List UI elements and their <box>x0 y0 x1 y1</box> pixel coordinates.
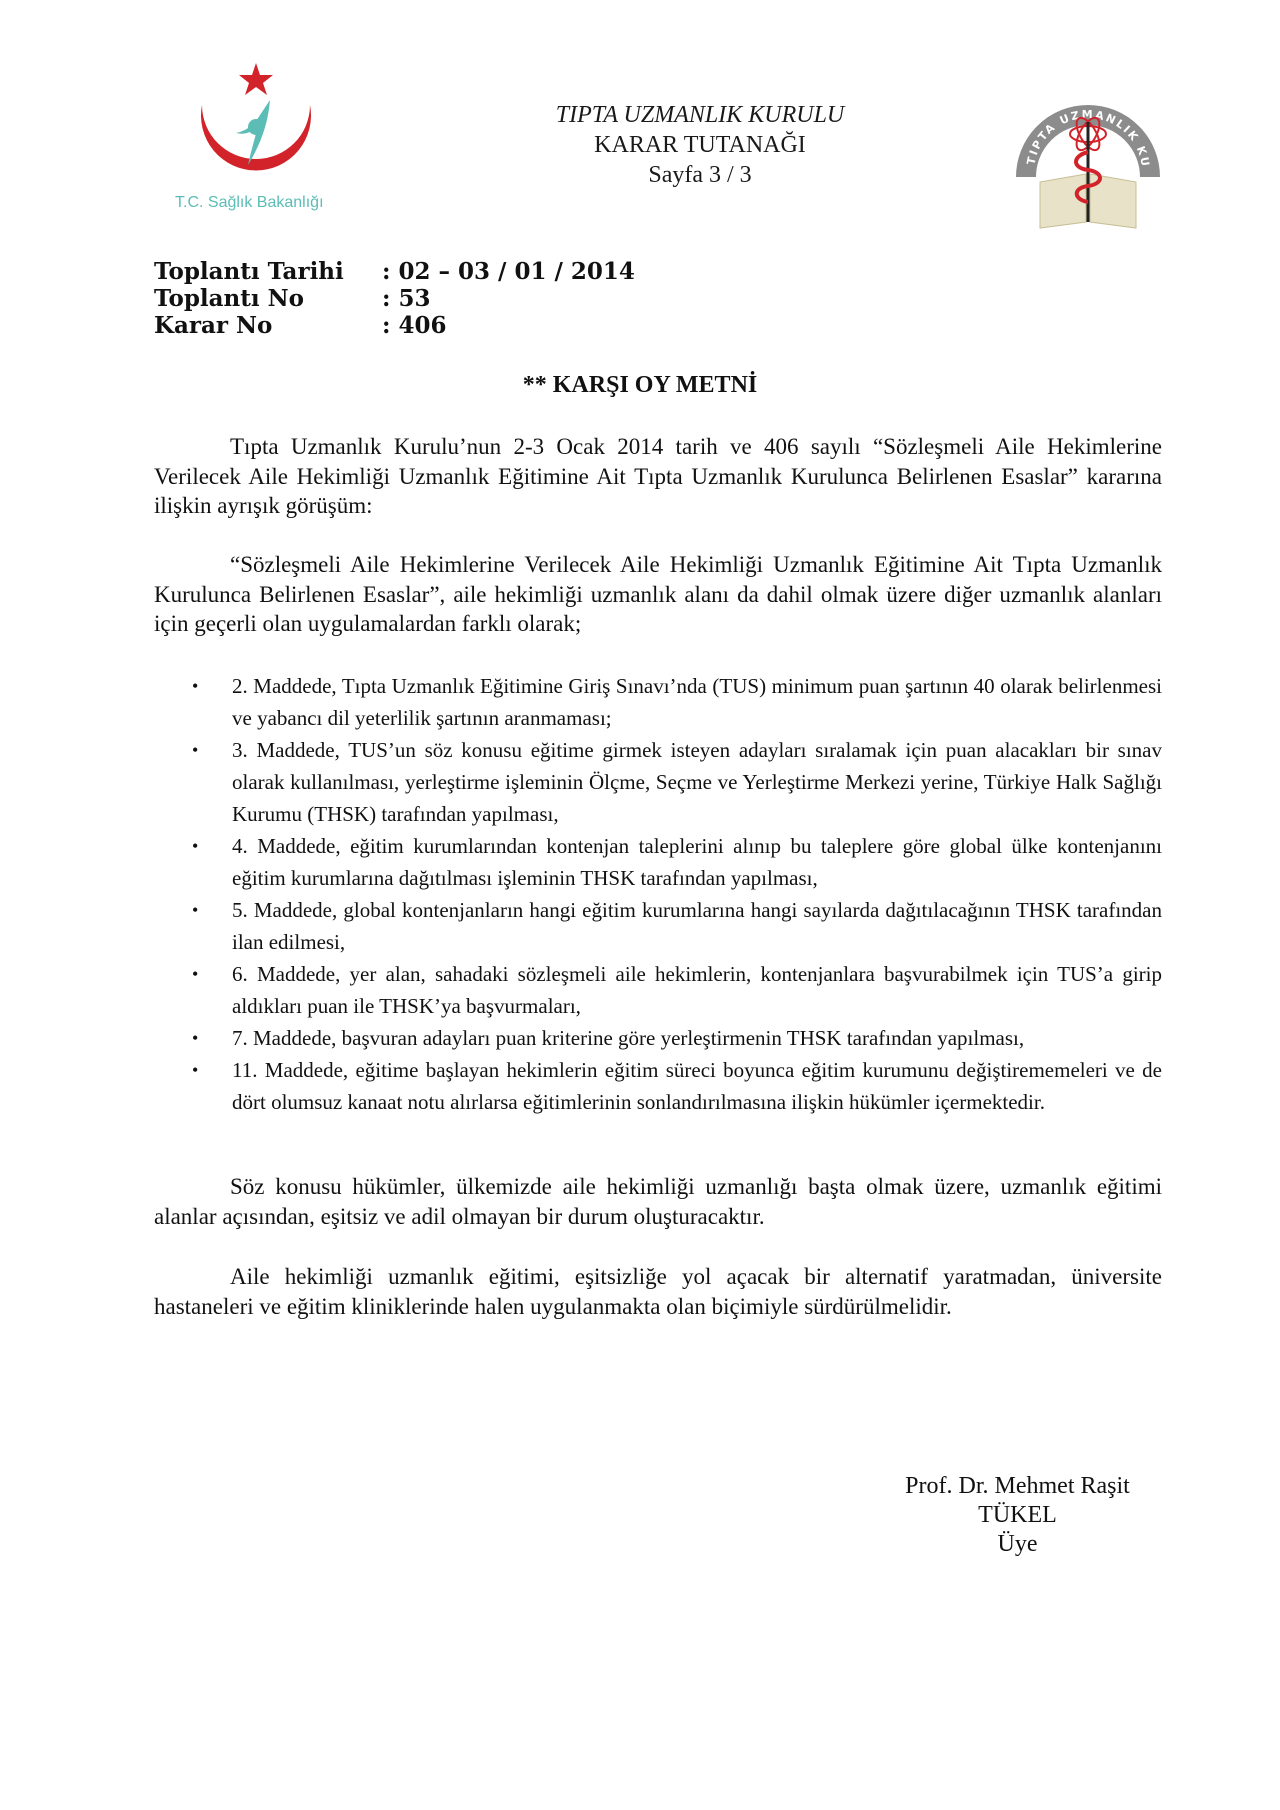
meeting-date-row: Toplantı Tarihi : 02 – 03 / 01 / 2014 <box>154 258 635 285</box>
page-indicator: Sayfa 3 / 3 <box>500 160 900 190</box>
list-item: •6. Maddede, yer alan, sahadaki sözleşme… <box>154 958 1162 1022</box>
bullet-icon: • <box>192 1054 198 1086</box>
paragraph-text: Söz konusu hükümler, ülkemizde aile heki… <box>154 1172 1162 1231</box>
recommendation-paragraph: Aile hekimliği uzmanlık eğitimi, eşitsiz… <box>154 1262 1162 1321</box>
tuk-emblem-logo: TIPTA UZMANLIK KURULU <box>1012 82 1164 232</box>
objection-list: •2. Maddede, Tıpta Uzmanlık Eğitimine Gi… <box>154 670 1162 1118</box>
intro-paragraph: Tıpta Uzmanlık Kurulu’nun 2-3 Ocak 2014 … <box>154 432 1162 521</box>
bullet-icon: • <box>192 670 198 702</box>
document-header: TIPTA UZMANLIK KURULU KARAR TUTANAĞI Say… <box>500 100 900 190</box>
paragraph-text: Tıpta Uzmanlık Kurulu’nun 2-3 Ocak 2014 … <box>154 432 1162 521</box>
bullet-icon: • <box>192 1022 198 1054</box>
meeting-date-label: Toplantı Tarihi <box>154 258 382 285</box>
ministry-of-health-logo: T.C. Sağlık Bakanlığı <box>160 55 350 225</box>
list-item: •3. Maddede, TUS’un söz konusu eğitime g… <box>154 734 1162 830</box>
paragraph-text: Aile hekimliği uzmanlık eğitimi, eşitsiz… <box>154 1262 1162 1321</box>
signatory-role: Üye <box>880 1530 1155 1559</box>
list-item: •2. Maddede, Tıpta Uzmanlık Eğitimine Gi… <box>154 670 1162 734</box>
decision-number-value: : 406 <box>382 312 447 339</box>
signatory-name: Prof. Dr. Mehmet Raşit <box>880 1472 1155 1501</box>
list-item: •7. Maddede, başvuran adayları puan krit… <box>154 1022 1162 1054</box>
document-type: KARAR TUTANAĞI <box>500 130 900 160</box>
paragraph-text: “Sözleşmeli Aile Hekimlerine Verilecek A… <box>154 550 1162 639</box>
bullet-icon: • <box>192 958 198 990</box>
signatory-surname: TÜKEL <box>880 1501 1155 1530</box>
bullet-icon: • <box>192 734 198 766</box>
list-item: •11. Maddede, eğitime başlayan hekimleri… <box>154 1054 1162 1118</box>
meeting-number-row: Toplantı No : 53 <box>154 285 635 312</box>
organization-name: TIPTA UZMANLIK KURULU <box>500 100 900 130</box>
crescent-star-figure-icon: T.C. Sağlık Bakanlığı <box>160 55 350 225</box>
decision-number-label: Karar No <box>154 312 382 339</box>
meeting-info: Toplantı Tarihi : 02 – 03 / 01 / 2014 To… <box>154 258 635 339</box>
caduceus-book-emblem-icon: TIPTA UZMANLIK KURULU <box>1012 82 1164 232</box>
document-title: ** KARŞI OY METNİ <box>0 372 1280 399</box>
meeting-date-value: : 02 – 03 / 01 / 2014 <box>382 258 635 285</box>
list-item: •4. Maddede, eğitim kurumlarından konten… <box>154 830 1162 894</box>
meeting-number-label: Toplantı No <box>154 285 382 312</box>
decision-number-row: Karar No : 406 <box>154 312 635 339</box>
context-paragraph: “Sözleşmeli Aile Hekimlerine Verilecek A… <box>154 550 1162 639</box>
bullet-icon: • <box>192 830 198 862</box>
list-item: •5. Maddede, global kontenjanların hangi… <box>154 894 1162 958</box>
meeting-number-value: : 53 <box>382 285 431 312</box>
svg-text:T.C. Sağlık Bakanlığı: T.C. Sağlık Bakanlığı <box>175 194 324 211</box>
signature-block: Prof. Dr. Mehmet Raşit TÜKEL Üye <box>880 1472 1155 1559</box>
conclusion-paragraph: Söz konusu hükümler, ülkemizde aile heki… <box>154 1172 1162 1231</box>
bullet-icon: • <box>192 894 198 926</box>
